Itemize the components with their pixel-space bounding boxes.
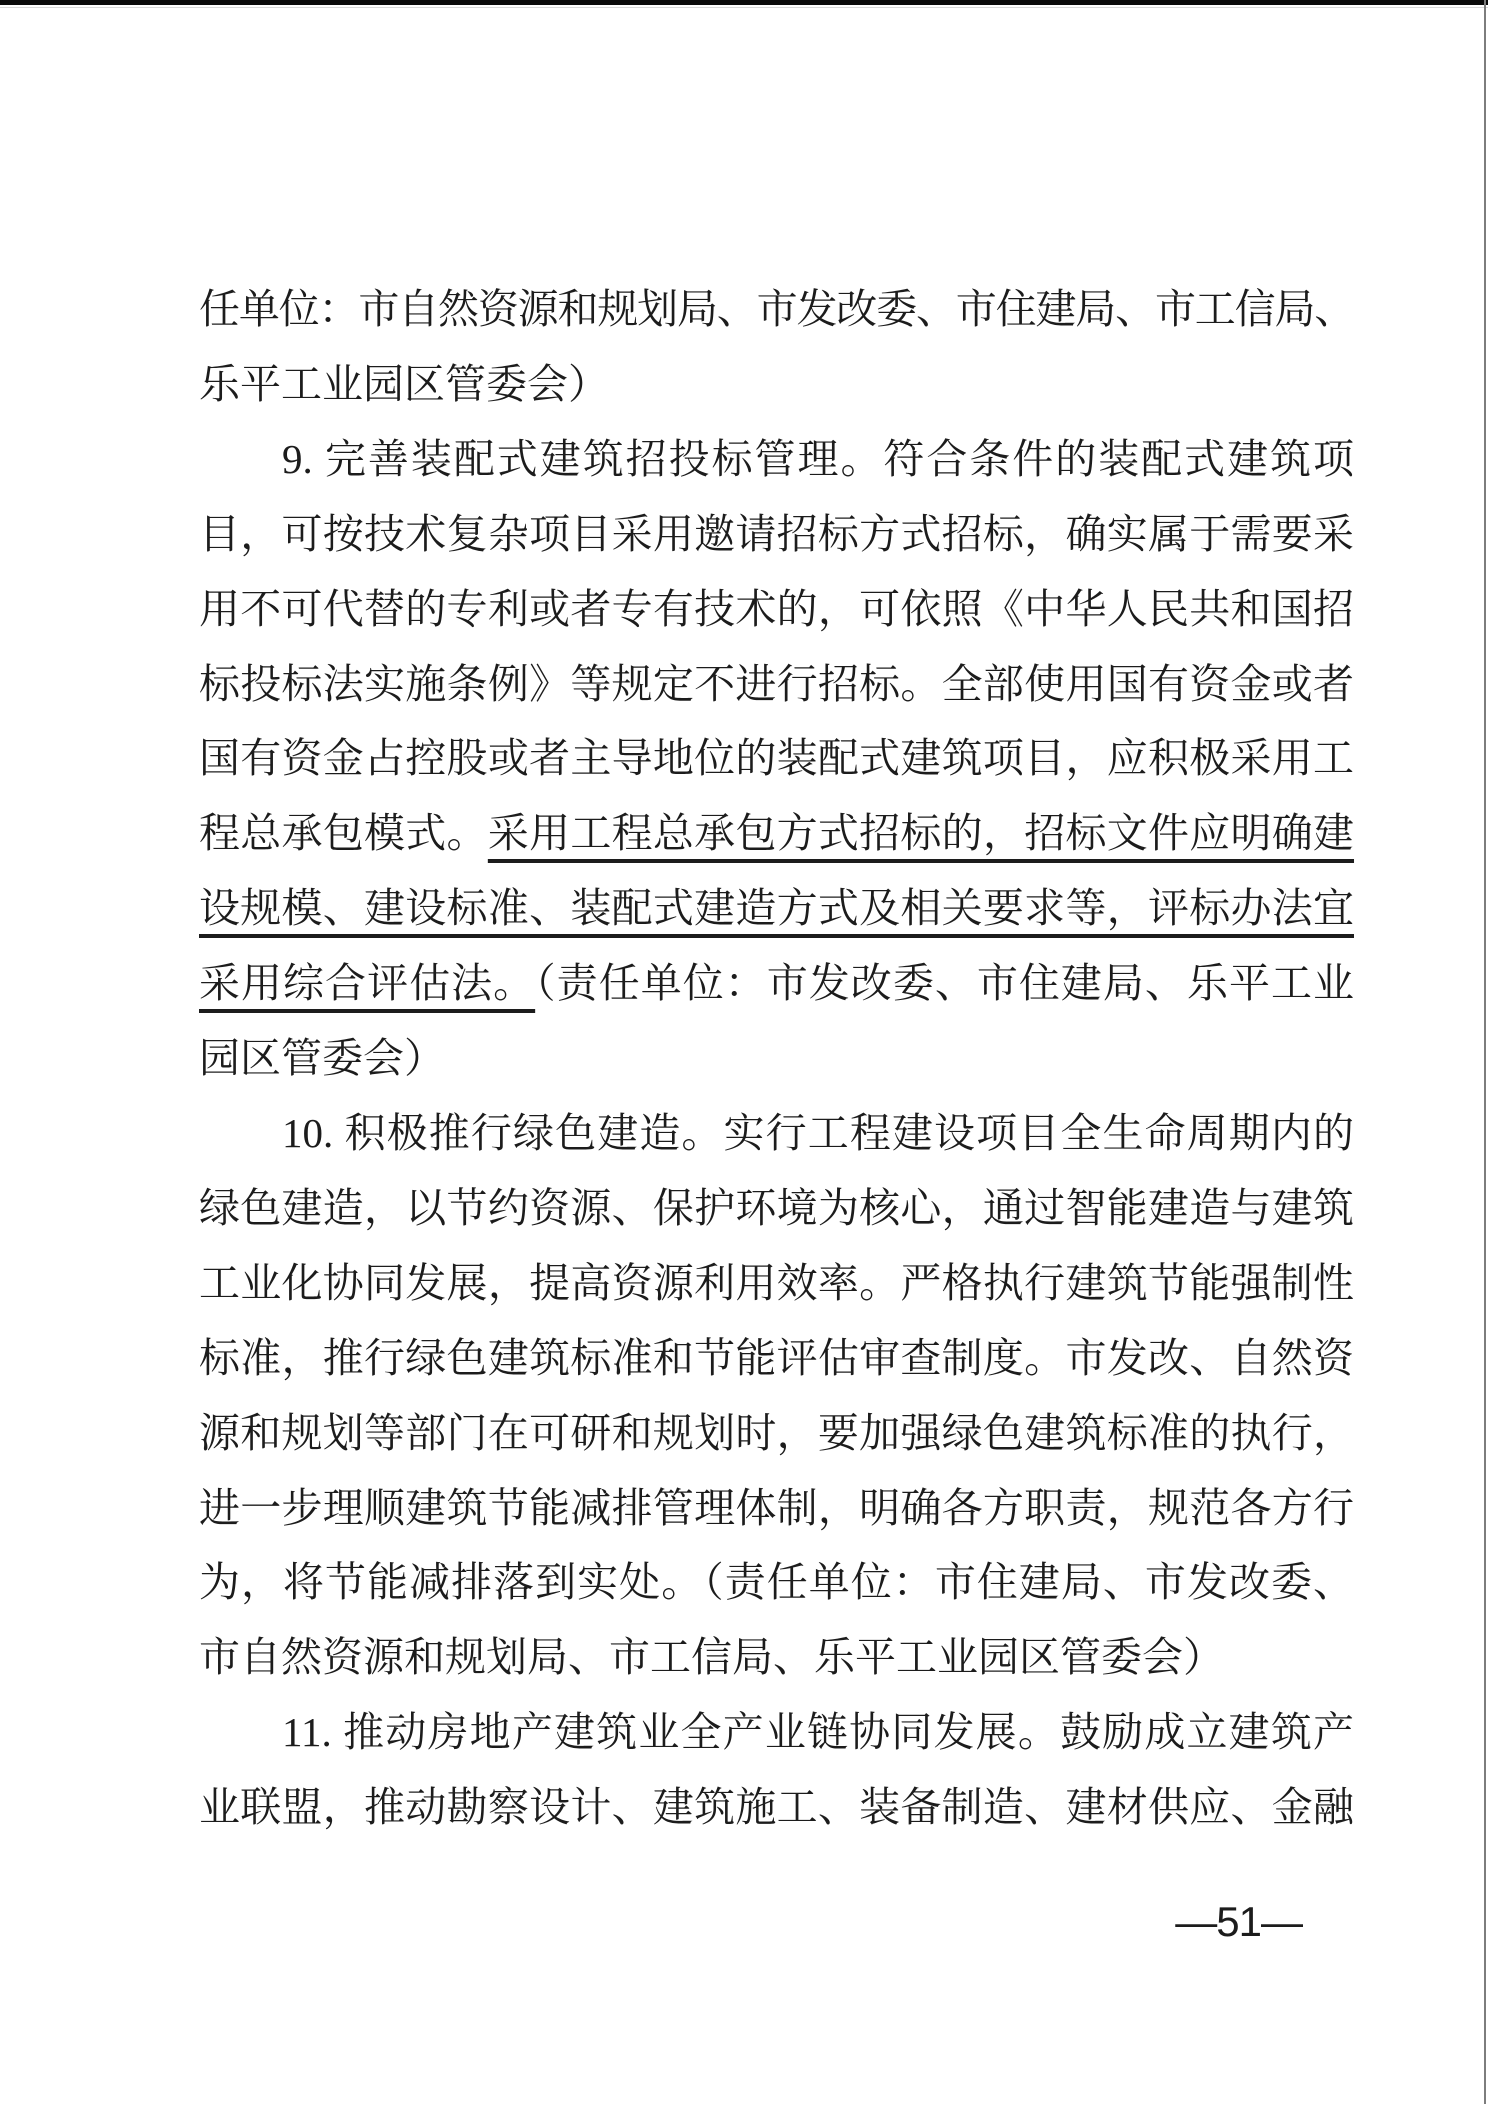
text-line: 程总承包模式。采用工程总承包方式招标的，招标文件应明确建 (199, 796, 1354, 871)
text-segment: 11. 推动房地产建筑业全产业链协同发展。鼓励成立建筑产 (282, 1709, 1354, 1755)
text-line: 任单位：市自然资源和规划局、市发改委、市住建局、市工信局、 (199, 272, 1354, 347)
text-segment: 标投标法实施条例》等规定不进行招标。全部使用国有资金或者 (199, 661, 1354, 707)
text-line: 业联盟，推动勘察设计、建筑施工、装备制造、建材供应、金融 (199, 1770, 1354, 1845)
text-segment: 园区管委会） (199, 1035, 445, 1081)
text-segment: 任单位：市自然资源和规划局、市发改委、市住建局、市工信局、 (199, 286, 1354, 332)
text-line: 标投标法实施条例》等规定不进行招标。全部使用国有资金或者 (199, 647, 1354, 722)
text-line: 园区管委会） (199, 1021, 1354, 1096)
text-segment: 标准，推行绿色建筑标准和节能评估审查制度。市发改、自然资 (199, 1335, 1354, 1381)
text-line: 11. 推动房地产建筑业全产业链协同发展。鼓励成立建筑产 (199, 1695, 1354, 1770)
text-segment: 为，将节能减排落到实处。（责任单位：市住建局、市发改委、 (199, 1559, 1354, 1605)
text-line: 采用综合评估法。（责任单位：市发改委、市住建局、乐平工业 (199, 946, 1354, 1021)
text-line: 9. 完善装配式建筑招投标管理。符合条件的装配式建筑项 (199, 422, 1354, 497)
text-segment: 目，可按技术复杂项目采用邀请招标方式招标，确实属于需要采 (199, 511, 1354, 557)
underlined-text-segment: 采用综合评估法。 (199, 960, 535, 1006)
document-page: { "style": { "colors": { "page_bg": "#ff… (0, 0, 1488, 2104)
text-line: 为，将节能减排落到实处。（责任单位：市住建局、市发改委、 (199, 1545, 1354, 1620)
text-segment: 源和规划等部门在可研和规划时，要加强绿色建筑标准的执行， (199, 1410, 1354, 1456)
top-edge-bar (0, 0, 1488, 5)
page-number: —51— (1175, 1898, 1302, 1946)
right-scan-edge-line (1484, 0, 1486, 2104)
text-segment: 市自然资源和规划局、市工信局、乐平工业园区管委会） (199, 1634, 1224, 1680)
text-line: 乐平工业园区管委会） (199, 347, 1354, 422)
text-segment: 进一步理顺建筑节能减排管理体制，明确各方职责，规范各方行 (199, 1485, 1354, 1531)
text-line: 市自然资源和规划局、市工信局、乐平工业园区管委会） (199, 1620, 1354, 1695)
text-segment: 绿色建造，以节约资源、保护环境为核心，通过智能建造与建筑 (199, 1185, 1354, 1231)
text-segment: 乐平工业园区管委会） (199, 361, 609, 407)
text-segment: 10. 积极推行绿色建造。实行工程建设项目全生命周期内的 (282, 1110, 1354, 1156)
text-line: 源和规划等部门在可研和规划时，要加强绿色建筑标准的执行， (199, 1396, 1354, 1471)
text-line: 标准，推行绿色建筑标准和节能评估审查制度。市发改、自然资 (199, 1321, 1354, 1396)
text-segment: （责任单位：市发改委、市住建局、乐平工业 (535, 960, 1354, 1006)
text-line: 国有资金占控股或者主导地位的装配式建筑项目，应积极采用工 (199, 721, 1354, 796)
text-line: 绿色建造，以节约资源、保护环境为核心，通过智能建造与建筑 (199, 1171, 1354, 1246)
text-line: 设规模、建设标准、装配式建造方式及相关要求等，评标办法宜 (199, 871, 1354, 946)
text-line: 10. 积极推行绿色建造。实行工程建设项目全生命周期内的 (199, 1096, 1354, 1171)
top-faint-rule (0, 7, 1488, 8)
text-segment: 9. 完善装配式建筑招投标管理。符合条件的装配式建筑项 (282, 436, 1354, 482)
text-segment: 用不可代替的专利或者专有技术的，可依照《中华人民共和国招 (199, 586, 1354, 632)
document-text: 任单位：市自然资源和规划局、市发改委、市住建局、市工信局、乐平工业园区管委会）9… (199, 272, 1354, 1845)
underlined-text-segment: 采用工程总承包方式招标的，招标文件应明确建 (488, 810, 1354, 856)
text-line: 用不可代替的专利或者专有技术的，可依照《中华人民共和国招 (199, 572, 1354, 647)
text-segment: 国有资金占控股或者主导地位的装配式建筑项目，应积极采用工 (199, 735, 1354, 781)
underlined-text-segment: 设规模、建设标准、装配式建造方式及相关要求等，评标办法宜 (199, 885, 1354, 931)
text-segment: 工业化协同发展，提高资源利用效率。严格执行建筑节能强制性 (199, 1260, 1354, 1306)
text-segment: 程总承包模式。 (199, 810, 488, 856)
text-line: 目，可按技术复杂项目采用邀请招标方式招标，确实属于需要采 (199, 497, 1354, 572)
text-line: 进一步理顺建筑节能减排管理体制，明确各方职责，规范各方行 (199, 1471, 1354, 1546)
text-line: 工业化协同发展，提高资源利用效率。严格执行建筑节能强制性 (199, 1246, 1354, 1321)
text-segment: 业联盟，推动勘察设计、建筑施工、装备制造、建材供应、金融 (199, 1784, 1354, 1830)
